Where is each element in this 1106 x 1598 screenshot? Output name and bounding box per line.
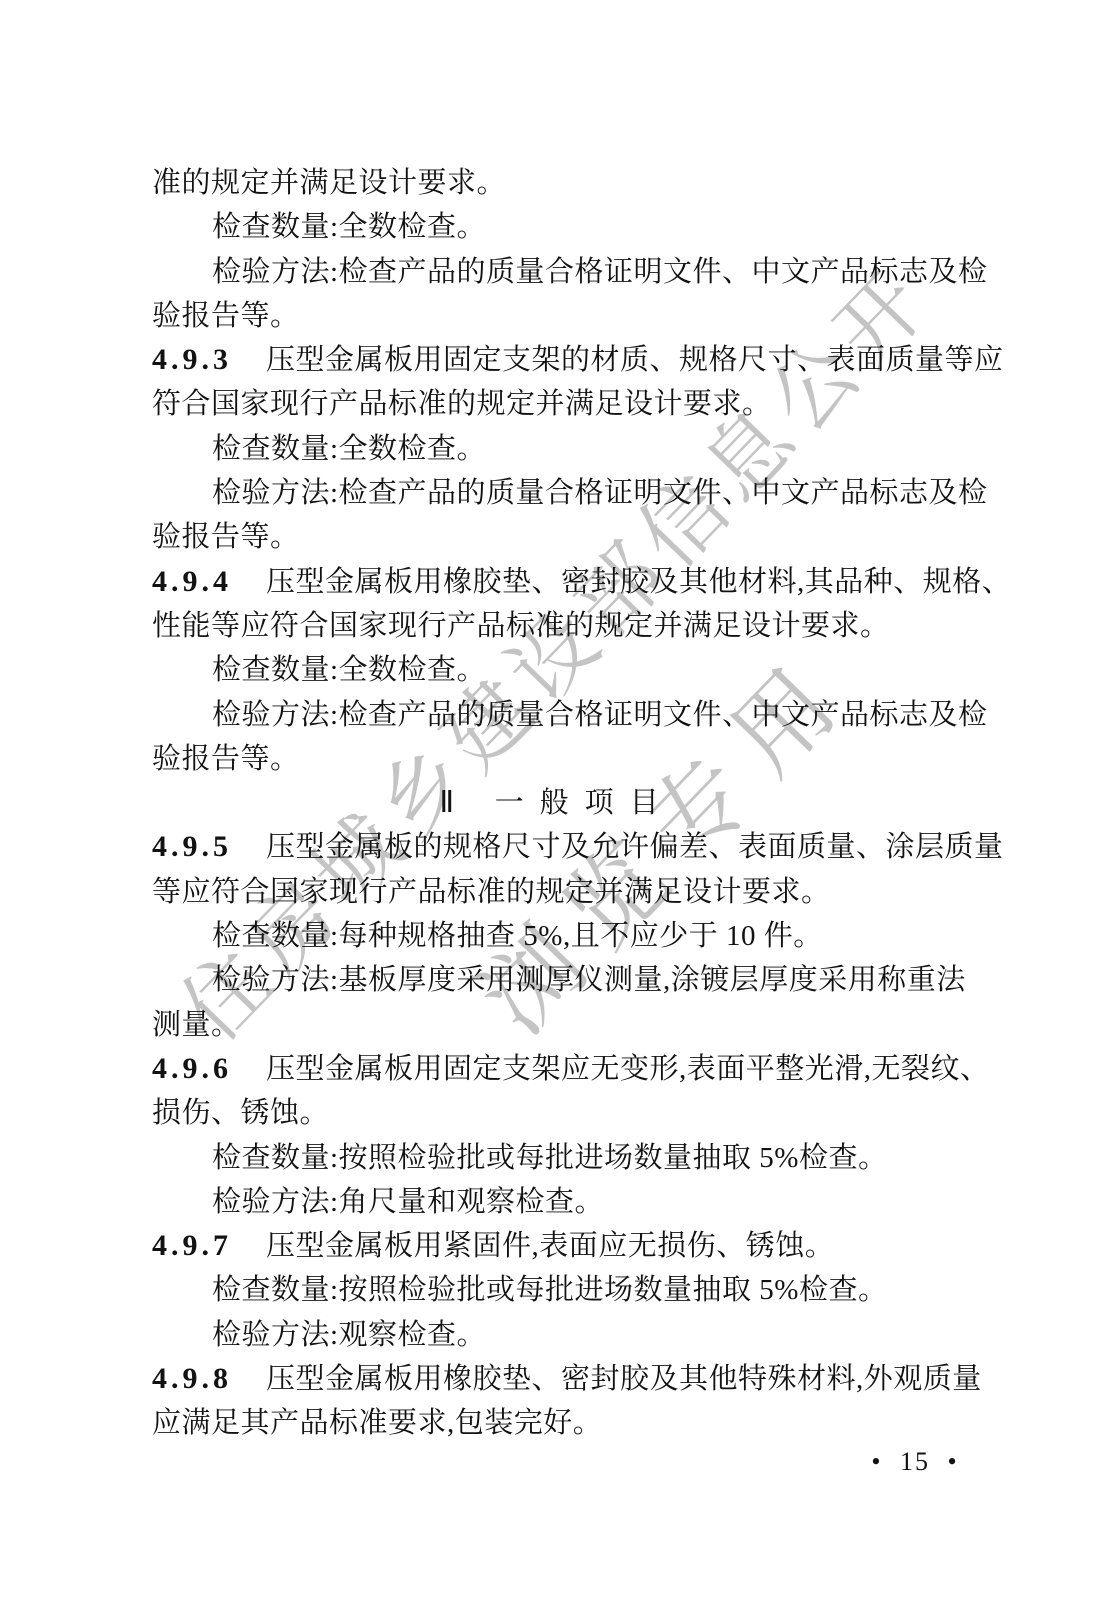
document-page: 住房城乡建设部信息公开 浏览专用 准的规定并满足设计要求。检查数量:全数检查。检…: [0, 0, 1106, 1598]
paragraph-line: 损伤、锈蚀。: [152, 1091, 962, 1135]
text-block: 准的规定并满足设计要求。检查数量:全数检查。检验方法:检查产品的质量合格证明文件…: [152, 161, 962, 1446]
paragraph-line: 性能等应符合国家现行产品标准的规定并满足设计要求。: [152, 604, 962, 648]
paragraph-line: 检验方法:检查产品的质量合格证明文件、中文产品标志及检: [152, 250, 962, 294]
paragraph-line: 等应符合国家现行产品标准的规定并满足设计要求。: [152, 870, 962, 914]
paragraph-line: 验报告等。: [152, 515, 962, 559]
paragraph-line: 检验方法:角尺量和观察检查。: [152, 1180, 962, 1224]
paragraph-line: 准的规定并满足设计要求。: [152, 161, 962, 205]
paragraph-line: 验报告等。: [152, 737, 962, 781]
paragraph-line: 检查数量:每种规格抽查 5%,且不应少于 10 件。: [152, 914, 962, 958]
clause-text: 压型金属板用固定支架应无变形,表面平整光滑,无裂纹、: [266, 1053, 990, 1085]
clause-text: 压型金属板用橡胶垫、密封胶及其他特殊材料,外观质量: [266, 1363, 982, 1395]
paragraph-line: 检验方法:检查产品的质量合格证明文件、中文产品标志及检: [152, 471, 962, 515]
clause-line: 4.9.7压型金属板用紧固件,表面应无损伤、锈蚀。: [152, 1224, 962, 1268]
paragraph-line: 测量。: [152, 1003, 962, 1047]
heading-numeral: Ⅱ: [439, 781, 454, 825]
clause-number: 4.9.6: [152, 1052, 232, 1085]
paragraph-line: 检查数量:按照检验批或每批进场数量抽取 5%检查。: [152, 1136, 962, 1180]
clause-line: 4.9.4压型金属板用橡胶垫、密封胶及其他材料,其品种、规格、: [152, 560, 962, 604]
clause-text: 压型金属板用固定支架的材质、规格尺寸、表面质量等应: [266, 344, 1004, 376]
clause-number: 4.9.4: [152, 565, 232, 598]
paragraph-line: 应满足其产品标准要求,包装完好。: [152, 1401, 962, 1445]
page-number: • 15 •: [845, 1447, 985, 1477]
clause-number: 4.9.8: [152, 1362, 232, 1395]
clause-line: 4.9.6压型金属板用固定支架应无变形,表面平整光滑,无裂纹、: [152, 1047, 962, 1091]
clause-text: 压型金属板用橡胶垫、密封胶及其他材料,其品种、规格、: [266, 566, 1011, 598]
paragraph-line: 检验方法:基板厚度采用测厚仪测量,涂镀层厚度采用称重法: [152, 958, 962, 1002]
clause-text: 压型金属板的规格尺寸及允许偏差、表面质量、涂层质量: [266, 831, 1004, 863]
paragraph-line: 检查数量:按照检验批或每批进场数量抽取 5%检查。: [152, 1268, 962, 1312]
paragraph-line: 检查数量:全数检查。: [152, 205, 962, 249]
heading-title: 一般项目: [495, 781, 675, 825]
paragraph-line: 检验方法:观察检查。: [152, 1313, 962, 1357]
paragraph-line: 符合国家现行产品标准的规定并满足设计要求。: [152, 382, 962, 426]
clause-line: 4.9.5压型金属板的规格尺寸及允许偏差、表面质量、涂层质量: [152, 825, 962, 869]
clause-line: 4.9.3压型金属板用固定支架的材质、规格尺寸、表面质量等应: [152, 338, 962, 382]
clause-number: 4.9.7: [152, 1229, 232, 1262]
clause-line: 4.9.8压型金属板用橡胶垫、密封胶及其他特殊材料,外观质量: [152, 1357, 962, 1401]
paragraph-line: 检查数量:全数检查。: [152, 427, 962, 471]
clause-number: 4.9.5: [152, 830, 232, 863]
clause-text: 压型金属板用紧固件,表面应无损伤、锈蚀。: [266, 1230, 834, 1262]
paragraph-line: 检查数量:全数检查。: [152, 648, 962, 692]
paragraph-line: 验报告等。: [152, 294, 962, 338]
clause-number: 4.9.3: [152, 343, 232, 376]
section-heading: Ⅱ一般项目: [152, 781, 962, 825]
paragraph-line: 检验方法:检查产品的质量合格证明文件、中文产品标志及检: [152, 693, 962, 737]
